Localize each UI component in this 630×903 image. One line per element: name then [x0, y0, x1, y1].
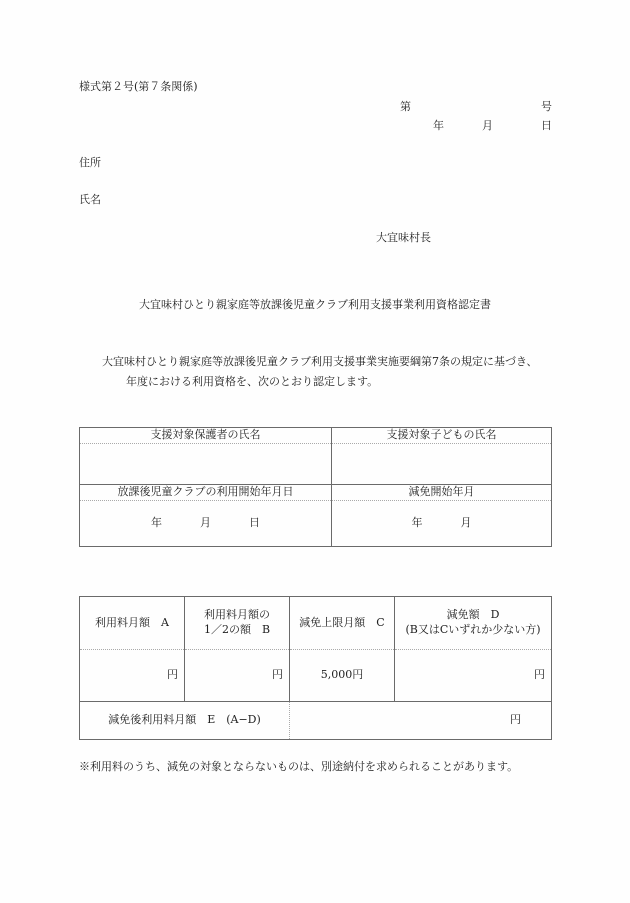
reduction-start-year-label: 年 — [412, 516, 423, 531]
issue-date-month: 月 — [482, 120, 493, 131]
body-text-line1: 大宜味村ひとり親家庭等放課後児童クラブ利用支援事業実施要綱第7条の規定に基づき、 — [102, 356, 538, 367]
club-start-day-label: 日 — [249, 516, 260, 531]
form-number-label: 様式第２号(第７条関係) — [79, 81, 198, 92]
fee-a-header: 利用料月額 A — [80, 597, 185, 650]
limit-c-header: 減免上限月額 C — [290, 597, 395, 650]
fee-a-value[interactable]: 円 — [80, 650, 185, 702]
fee-b-header-line2: 1／2の額 B — [185, 623, 289, 638]
document-number-suffix: 号 — [541, 101, 552, 112]
club-start-year-label: 年 — [151, 516, 162, 531]
body-text-line2: 年度における利用資格を、次のとおり認定します。 — [126, 376, 378, 387]
document-number-prefix: 第 — [400, 101, 411, 112]
document-title: 大宜味村ひとり親家庭等放課後児童クラブ利用支援事業利用資格認定書 — [0, 299, 630, 310]
fee-b-header-line1: 利用料月額の — [185, 608, 289, 623]
fee-reduction-table: 利用料月額 A 利用料月額の 1／2の額 B 減免上限月額 C 減免額 D (B… — [79, 596, 552, 740]
eligibility-table: 支援対象保護者の氏名 支援対象子どもの氏名 放課後児童クラブの利用開始年月日 減… — [79, 427, 552, 547]
club-start-date-field[interactable]: 年月日 — [80, 501, 332, 547]
reduction-start-field[interactable]: 年月 — [332, 501, 552, 547]
issue-date-day: 日 — [541, 120, 552, 131]
footnote: ※利用料のうち、減免の対象とならないものは、別途納付を求められることがあります。 — [79, 761, 518, 772]
fee-b-header: 利用料月額の 1／2の額 B — [185, 597, 290, 650]
reduction-start-header: 減免開始年月 — [332, 485, 552, 501]
address-label: 住所 — [79, 157, 101, 168]
issuer-name: 大宜味村長 — [376, 232, 431, 243]
name-label: 氏名 — [79, 194, 101, 205]
fee-after-reduction-label: 減免後利用料月額 E (A−D) — [80, 702, 290, 740]
fee-b-value[interactable]: 円 — [185, 650, 290, 702]
club-start-month-label: 月 — [200, 516, 211, 531]
club-start-date-header: 放課後児童クラブの利用開始年月日 — [80, 485, 332, 501]
child-name-field[interactable] — [332, 444, 552, 485]
reduction-d-header-line1: 減免額 D — [395, 608, 551, 623]
reduction-d-header: 減免額 D (B又はCいずれか少ない方) — [395, 597, 552, 650]
reduction-d-header-line2: (B又はCいずれか少ない方) — [395, 623, 551, 638]
reduction-d-value[interactable]: 円 — [395, 650, 552, 702]
guardian-name-field[interactable] — [80, 444, 332, 485]
issue-date-year: 年 — [433, 120, 444, 131]
limit-c-value: 5,000円 — [290, 650, 395, 702]
fee-after-reduction-value[interactable]: 円 — [290, 702, 552, 740]
child-name-header: 支援対象子どもの氏名 — [332, 428, 552, 444]
guardian-name-header: 支援対象保護者の氏名 — [80, 428, 332, 444]
reduction-start-month-label: 月 — [461, 516, 472, 531]
